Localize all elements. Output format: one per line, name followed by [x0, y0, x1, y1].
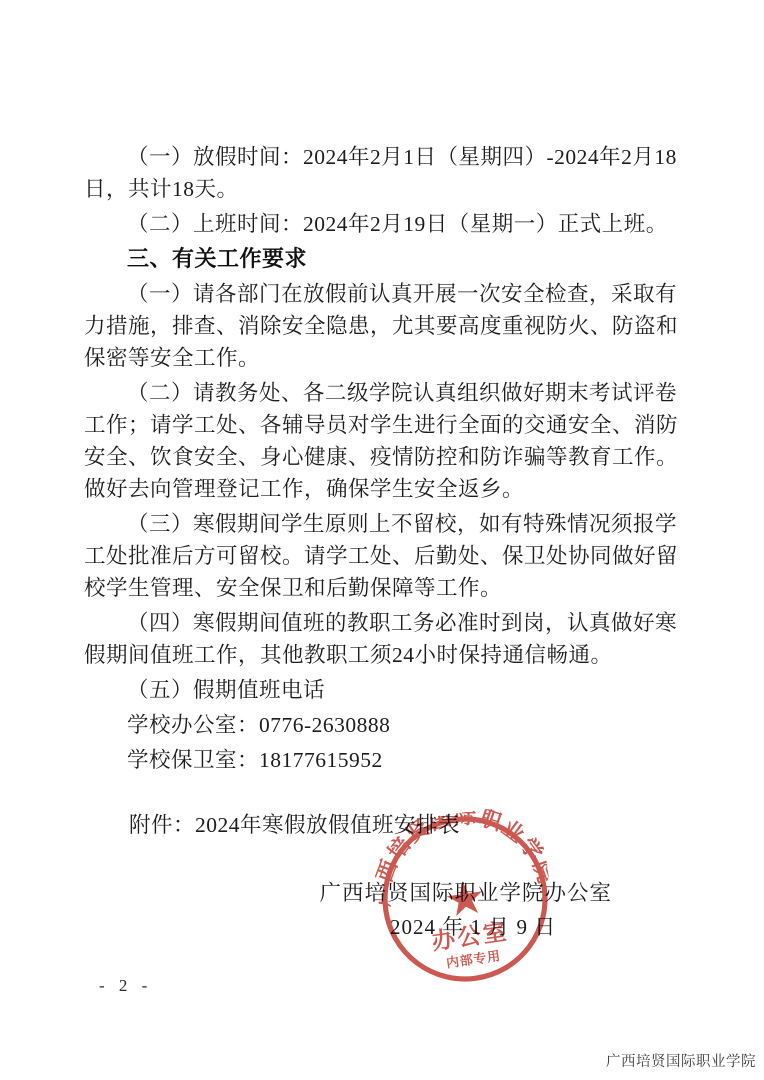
document-line: （二）上班时间：2024年2月19日（星期一）正式上班。	[84, 208, 686, 240]
document-line: （四）寒假期间值班的教职工务必准时到岗，认真做好寒	[84, 607, 686, 639]
document-body: （一）放假时间：2024年2月1日（星期四）-2024年2月18日，共计18天。…	[84, 141, 686, 779]
paragraph: （四）寒假期间值班的教职工务必准时到岗，认真做好寒假期间值班工作，其他教职工须2…	[84, 607, 686, 671]
document-line: （二）请教务处、各二级学院认真组织做好期末考试评卷	[84, 377, 686, 409]
document-line: （一）放假时间：2024年2月1日（星期四）-2024年2月18	[84, 141, 686, 173]
document-line: 学校办公室：0776-2630888	[84, 709, 686, 741]
document-line: 保密等安全工作。	[84, 342, 686, 374]
paragraph: （一）请各部门在放假前认真开展一次安全检查，采取有力措施，排查、消除安全隐患，尤…	[84, 278, 686, 374]
paragraph: （二）上班时间：2024年2月19日（星期一）正式上班。	[84, 208, 686, 240]
seal-star-icon: ★	[441, 872, 489, 928]
paragraph: （一）放假时间：2024年2月1日（星期四）-2024年2月18日，共计18天。	[84, 141, 686, 205]
document-line: 做好去向管理登记工作，确保学生安全返乡。	[84, 473, 686, 505]
paragraph: 学校办公室：0776-2630888	[84, 709, 686, 741]
document-line: 三、有关工作要求	[84, 243, 686, 275]
document-page: （一）放假时间：2024年2月1日（星期四）-2024年2月18日，共计18天。…	[0, 0, 764, 1080]
document-line: 校学生管理、安全保卫和后勤保障等工作。	[84, 572, 686, 604]
document-line: （一）请各部门在放假前认真开展一次安全检查，采取有	[84, 278, 686, 310]
paragraph: （二）请教务处、各二级学院认真组织做好期末考试评卷工作；请学工处、各辅导员对学生…	[84, 377, 686, 505]
document-line: 日，共计18天。	[84, 173, 686, 205]
document-line: 学校保卫室：18177615952	[84, 744, 686, 776]
document-line: （五）假期值班电话	[84, 674, 686, 706]
document-line: （三）寒假期间学生原则上不留校，如有特殊情况须报学	[84, 508, 686, 540]
document-line: 工作；请学工处、各辅导员对学生进行全面的交通安全、消防	[84, 409, 686, 441]
section-heading: 三、有关工作要求	[84, 243, 686, 275]
document-line: 工处批准后方可留校。请学工处、后勤处、保卫处协同做好留	[84, 540, 686, 572]
document-line: 力措施，排查、消除安全隐患，尤其要高度重视防火、防盗和	[84, 310, 686, 342]
paragraph: （五）假期值班电话	[84, 674, 686, 706]
page-number: - 2 -	[99, 976, 152, 996]
institution-watermark: 广西培贤国际职业学院	[606, 1050, 756, 1071]
document-line: 安全、饮食安全、身心健康、疫情防控和防诈骗等教育工作。	[84, 441, 686, 473]
document-line: 假期间值班工作，其他教职工须24小时保持通信畅通。	[84, 639, 686, 671]
paragraph: 学校保卫室：18177615952	[84, 744, 686, 776]
paragraph: （三）寒假期间学生原则上不留校，如有特殊情况须报学工处批准后方可留校。请学工处、…	[84, 508, 686, 604]
official-seal: 广西培贤国际职业学院 ★ 办公室 内部专用	[368, 802, 562, 996]
